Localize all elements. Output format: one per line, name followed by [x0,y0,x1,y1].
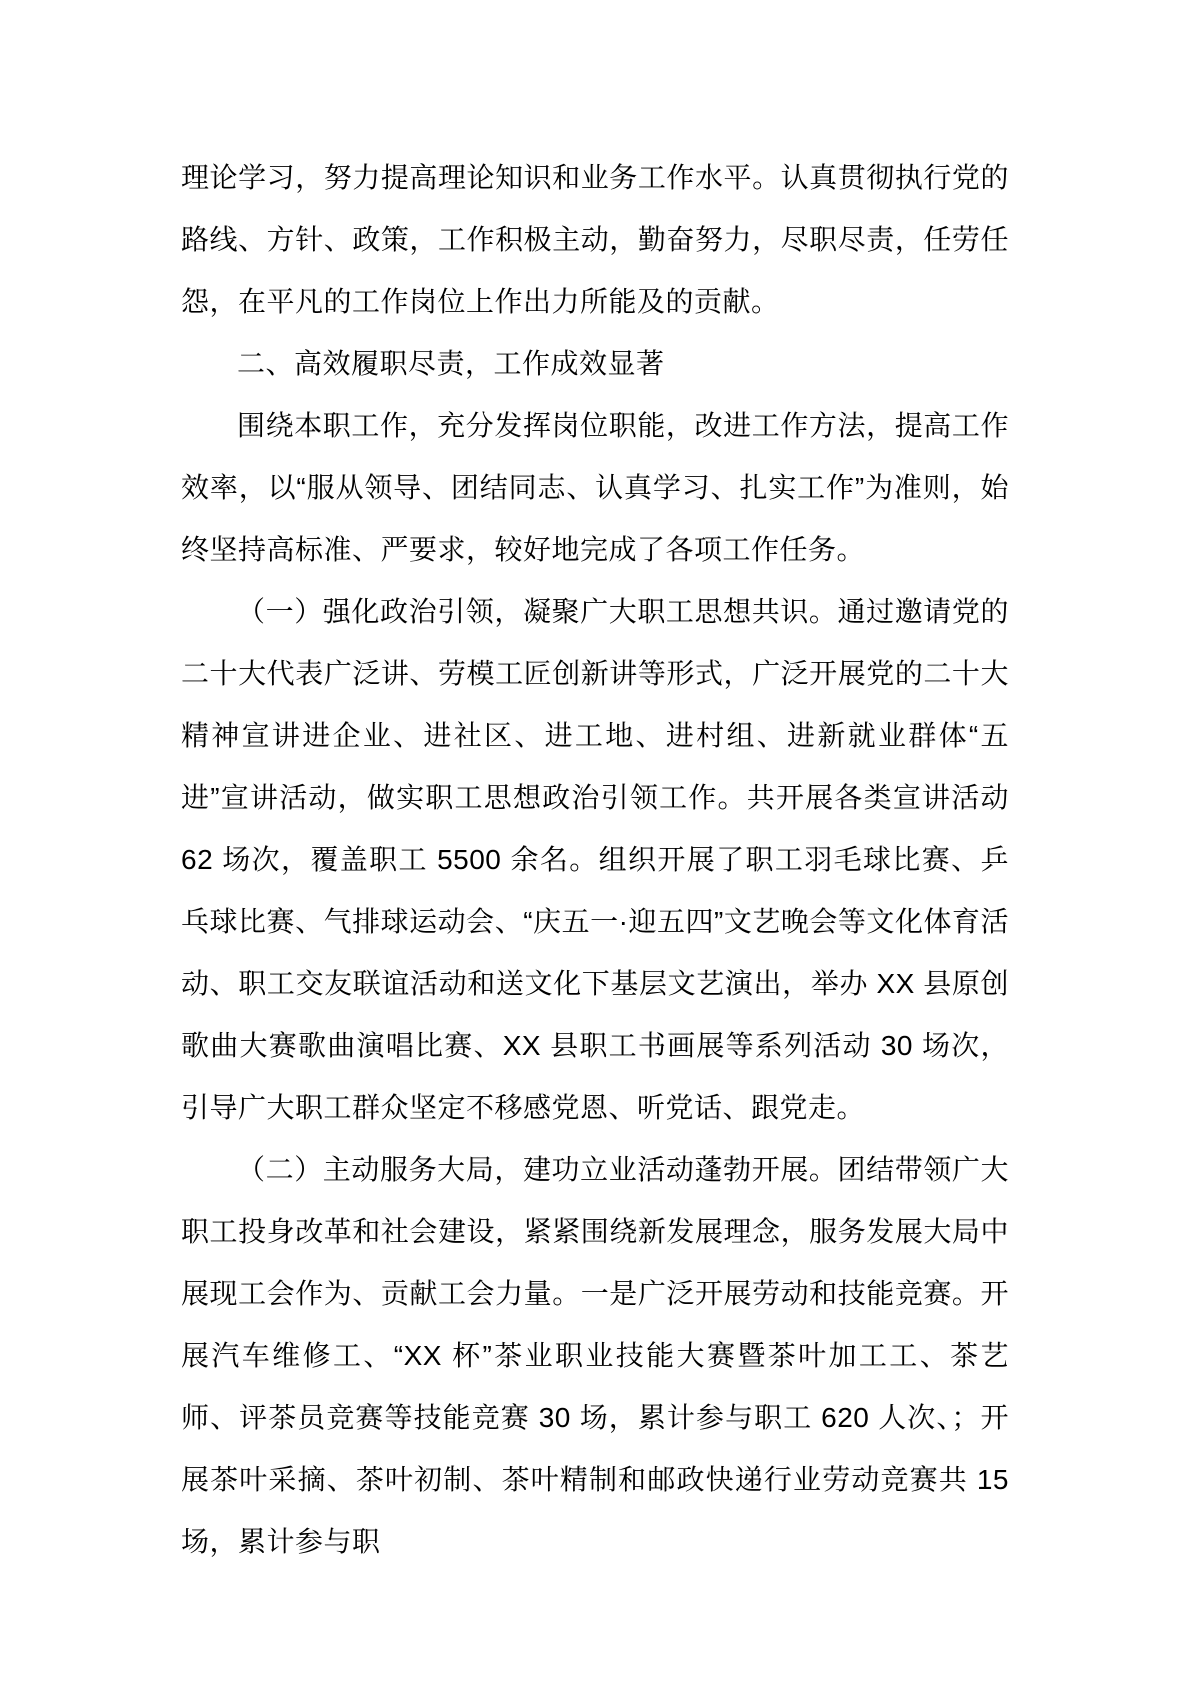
document-text-block: 理论学习，努力提高理论知识和业务工作水平。认真贯彻执行党的路线、方针、政策，工作… [181,147,1009,1573]
section-heading: 二、高效履职尽责，工作成效显著 [181,333,1009,395]
paragraph: （二）主动服务大局，建功立业活动蓬勃开展。团结带领广大职工投身改革和社会建设，紧… [181,1139,1009,1573]
document-page: 理论学习，努力提高理论知识和业务工作水平。认真贯彻执行党的路线、方针、政策，工作… [0,0,1190,1683]
paragraph: 围绕本职工作，充分发挥岗位职能，改进工作方法，提高工作效率，以“服从领导、团结同… [181,395,1009,581]
paragraph: （一）强化政治引领，凝聚广大职工思想共识。通过邀请党的二十大代表广泛讲、劳模工匠… [181,581,1009,1139]
paragraph-continuation: 理论学习，努力提高理论知识和业务工作水平。认真贯彻执行党的路线、方针、政策，工作… [181,147,1009,333]
